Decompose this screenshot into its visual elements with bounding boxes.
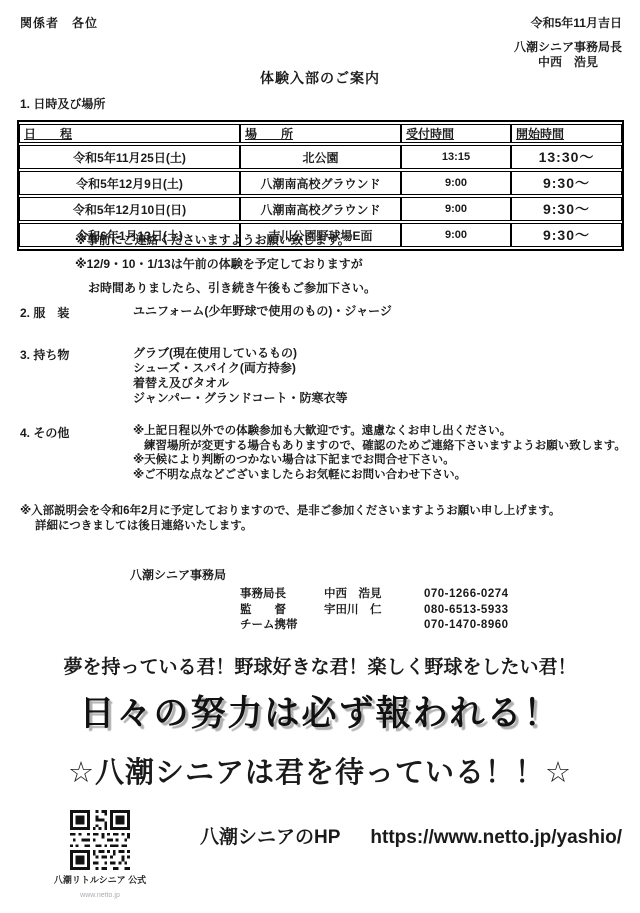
cell-reception-time: 9:00 xyxy=(401,171,511,195)
belongings-item: 着替え及びタオル xyxy=(133,376,640,391)
cell-start-time: 9:30～ xyxy=(511,223,622,247)
col-header-start: 開始時間 xyxy=(511,124,622,143)
homepage-label: 八潮シニアのHP xyxy=(200,822,340,849)
section-clothing: 2. 服 装 ユニフォーム(少年野球で使用のもの)・ジャージ xyxy=(0,304,640,319)
briefing-line: ※入部説明会を令和6年2月に予定しておりますので、是非ご参加くださいますようお願… xyxy=(20,504,560,519)
cell-reception-time: 13:15 xyxy=(401,145,511,169)
document-page: 関係者 各位 令和5年11月吉日 八潮シニア事務局長 中西 浩見 体験入部のご案… xyxy=(0,0,640,913)
cell-place: 八潮南高校グラウンド xyxy=(240,171,401,195)
belongings-item: シューズ・スパイク(両方持参) xyxy=(133,361,640,376)
section-belongings: 3. 持ち物 グラブ(現在使用しているもの) シューズ・スパイク(両方持参) 着… xyxy=(0,346,640,406)
contact-list: 事務局長 中西 浩見 070-1266-0274 監 督 宇田川 仁 080-6… xyxy=(240,587,509,634)
table-row: 令和5年11月25日(土) 北公園 13:15 13:30～ xyxy=(19,145,622,169)
slogan-line-3: ☆八潮シニアは君を待っている！！☆ xyxy=(0,750,640,791)
table-row: 令和5年12月10日(日) 八潮南高校グラウンド 9:00 9:30～ xyxy=(19,197,622,221)
contact-role: 監 督 xyxy=(240,603,324,619)
contact-person xyxy=(324,618,424,634)
cell-date: 令和5年12月9日(土) xyxy=(19,171,240,195)
others-item: ※天候により判断のつかない場合は下記までお問合せ下さい。 xyxy=(133,453,640,468)
briefing-notice: ※入部説明会を令和6年2月に予定しておりますので、是非ご参加くださいますようお願… xyxy=(20,504,560,534)
cell-date: 令和5年12月10日(日) xyxy=(19,197,240,221)
schedule-notes: ※事前にご連絡くださいますようお願い致します。 ※12/9・10・1/13は午前… xyxy=(75,228,376,300)
contact-person: 宇田川 仁 xyxy=(324,603,424,619)
contact-phone: 070-1266-0274 xyxy=(424,587,509,603)
cell-reception-time: 9:00 xyxy=(401,197,511,221)
col-header-place: 場 所 xyxy=(240,124,401,143)
cell-start-time: 9:30～ xyxy=(511,171,622,195)
cell-place: 八潮南高校グラウンド xyxy=(240,197,401,221)
note-line: ※事前にご連絡くださいますようお願い致します。 xyxy=(75,228,376,252)
section-others-heading: 4. その他 xyxy=(20,424,69,441)
homepage-url: https://www.netto.jp/yashio/ xyxy=(370,827,622,849)
belongings-item: グラブ(現在使用しているもの) xyxy=(133,346,640,361)
document-date: 令和5年11月吉日 xyxy=(531,14,622,31)
cell-start-time: 9:30～ xyxy=(511,197,622,221)
cell-place: 北公園 xyxy=(240,145,401,169)
section-schedule-heading: 1. 日時及び場所 xyxy=(20,95,105,112)
table-header-row: 日 程 場 所 受付時間 開始時間 xyxy=(19,124,622,143)
qr-code-image xyxy=(70,810,130,870)
note-line: ※12/9・10・1/13は午前の体験を予定しておりますが xyxy=(75,252,376,276)
contact-phone: 080-6513-5933 xyxy=(424,603,509,619)
page-title: 体験入部のご案内 xyxy=(0,68,640,88)
cell-date: 令和5年11月25日(土) xyxy=(19,145,240,169)
sender-block: 八潮シニア事務局長 中西 浩見 xyxy=(514,40,622,70)
contact-row: チーム携帯 070-1470-8960 xyxy=(240,618,509,634)
belongings-item: ジャンパー・グランドコート・防寒衣等 xyxy=(133,391,640,406)
others-item: ※上記日程以外での体験参加も大歓迎です。遠慮なくお申し出ください。 xyxy=(133,424,640,439)
sender-title: 八潮シニア事務局長 xyxy=(514,40,622,55)
contact-person: 中西 浩見 xyxy=(324,587,424,603)
contact-role: チーム携帯 xyxy=(240,618,324,634)
section-others: 4. その他 ※上記日程以外での体験参加も大歓迎です。遠慮なくお申し出ください。… xyxy=(0,424,640,482)
table-row: 令和5年12月9日(土) 八潮南高校グラウンド 9:00 9:30～ xyxy=(19,171,622,195)
note-line: お時間ありましたら、引き続き午後もご参加下さい。 xyxy=(75,276,376,300)
cell-reception-time: 9:00 xyxy=(401,223,511,247)
section-belongings-heading: 3. 持ち物 xyxy=(20,346,69,363)
recipient: 関係者 各位 xyxy=(20,14,98,31)
contact-row: 事務局長 中西 浩見 070-1266-0274 xyxy=(240,587,509,603)
qr-subcaption: www.netto.jp xyxy=(40,892,160,899)
cell-start-time: 13:30～ xyxy=(511,145,622,169)
slogan-line-2: 日々の努力は必ず報われる！ xyxy=(0,686,640,736)
section-clothing-heading: 2. 服 装 xyxy=(20,304,69,321)
office-name: 八潮シニア事務局 xyxy=(130,566,226,583)
contact-phone: 070-1470-8960 xyxy=(424,618,509,634)
qr-caption: 八潮リトルシニア 公式 xyxy=(40,873,160,886)
slogan-line-1: 夢を持っている君！野球好きな君！楽しく野球をしたい君！ xyxy=(0,652,640,679)
qr-block: 八潮リトルシニア 公式 www.netto.jp xyxy=(40,810,160,899)
col-header-date: 日 程 xyxy=(19,124,240,143)
contact-role: 事務局長 xyxy=(240,587,324,603)
clothing-content: ユニフォーム(少年野球で使用のもの)・ジャージ xyxy=(133,304,640,319)
others-item: 練習場所が変更する場合もありますので、確認のためご連絡下さいますようお願い致しま… xyxy=(133,439,640,454)
briefing-line: 詳細につきましては後日連絡いたします。 xyxy=(35,519,560,534)
col-header-reception: 受付時間 xyxy=(401,124,511,143)
contact-row: 監 督 宇田川 仁 080-6513-5933 xyxy=(240,603,509,619)
homepage-line: 八潮シニアのHP https://www.netto.jp/yashio/ xyxy=(200,822,622,849)
others-item: ※ご不明な点などございましたらお気軽にお問い合わせ下さい。 xyxy=(133,468,640,483)
